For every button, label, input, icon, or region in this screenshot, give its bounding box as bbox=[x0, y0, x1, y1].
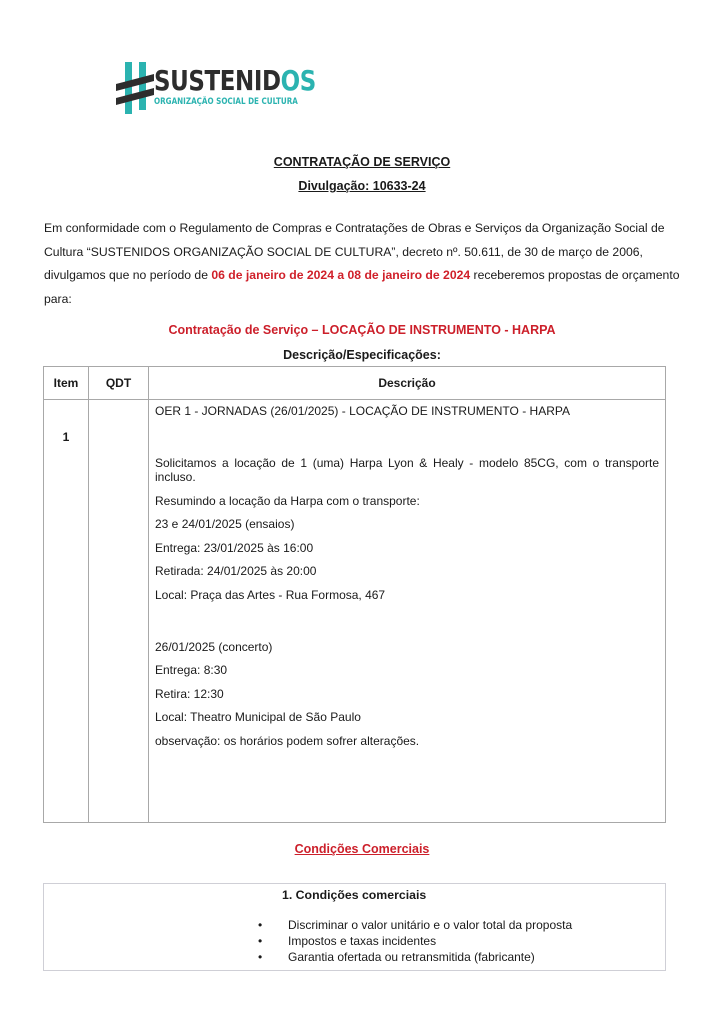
list-item: •Discriminar o valor unitário e o valor … bbox=[254, 917, 572, 933]
conditions-list: •Discriminar o valor unitário e o valor … bbox=[254, 917, 572, 965]
desc-note: observação: os horários podem sofrer alt… bbox=[155, 734, 659, 748]
column-header-item: Item bbox=[44, 367, 89, 400]
proposal-period: 06 de janeiro de 2024 a 08 de janeiro de… bbox=[211, 268, 470, 282]
desc-concert-location: Local: Theatro Municipal de São Paulo bbox=[155, 710, 659, 724]
service-title: Contratação de Serviço – LOCAÇÃO DE INST… bbox=[0, 323, 724, 337]
intro-paragraph: Em conformidade com o Regulamento de Com… bbox=[44, 217, 684, 311]
desc-concert-delivery: Entrega: 8:30 bbox=[155, 663, 659, 677]
desc-rehearsal-delivery: Entrega: 23/01/2025 às 16:00 bbox=[155, 541, 659, 555]
desc-rehearsal-dates: 23 e 24/01/2025 (ensaios) bbox=[155, 517, 659, 531]
desc-rehearsal-pickup: Retirada: 24/01/2025 às 20:00 bbox=[155, 564, 659, 578]
conditions-section-title: Condições Comerciais bbox=[0, 842, 724, 856]
column-header-description: Descrição bbox=[149, 367, 666, 400]
sustenidos-logo: SUSTENIDOS ORGANIZAÇÃO SOCIAL DE CULTURA bbox=[116, 62, 296, 114]
column-header-qdt: QDT bbox=[89, 367, 149, 400]
items-table: Item QDT Descrição 1 OER 1 - JORNADAS (2… bbox=[43, 366, 666, 823]
spec-heading: Descrição/Especificações: bbox=[0, 348, 724, 362]
desc-concert-date: 26/01/2025 (concerto) bbox=[155, 640, 659, 654]
logo-wordmark: SUSTENIDOS bbox=[154, 66, 316, 96]
list-item: •Garantia ofertada ou retransmitida (fab… bbox=[254, 949, 572, 965]
desc-request: Solicitamos a locação de 1 (uma) Harpa L… bbox=[155, 456, 659, 484]
conditions-heading: 1. Condições comerciais bbox=[282, 888, 426, 902]
desc-summary: Resumindo a locação da Harpa com o trans… bbox=[155, 494, 659, 508]
table-row: 1 OER 1 - JORNADAS (26/01/2025) - LOCAÇÃ… bbox=[44, 400, 666, 823]
hash-sharp-icon bbox=[116, 62, 156, 114]
bullet-icon: • bbox=[258, 933, 262, 949]
logo-subtitle: ORGANIZAÇÃO SOCIAL DE CULTURA bbox=[154, 97, 298, 107]
item-number: 1 bbox=[44, 400, 89, 823]
bullet-icon: • bbox=[258, 917, 262, 933]
desc-concert-pickup: Retira: 12:30 bbox=[155, 687, 659, 701]
disclosure-number: Divulgação: 10633-24 bbox=[0, 179, 724, 193]
item-description: OER 1 - JORNADAS (26/01/2025) - LOCAÇÃO … bbox=[149, 400, 666, 823]
item-quantity bbox=[89, 400, 149, 823]
conditions-box: 1. Condições comerciais •Discriminar o v… bbox=[43, 883, 666, 971]
table-header-row: Item QDT Descrição bbox=[44, 367, 666, 400]
desc-title-line: OER 1 - JORNADAS (26/01/2025) - LOCAÇÃO … bbox=[155, 404, 659, 418]
document-title: CONTRATAÇÃO DE SERVIÇO bbox=[0, 155, 724, 169]
list-item: •Impostos e taxas incidentes bbox=[254, 933, 572, 949]
bullet-icon: • bbox=[258, 949, 262, 965]
desc-rehearsal-location: Local: Praça das Artes - Rua Formosa, 46… bbox=[155, 588, 659, 602]
